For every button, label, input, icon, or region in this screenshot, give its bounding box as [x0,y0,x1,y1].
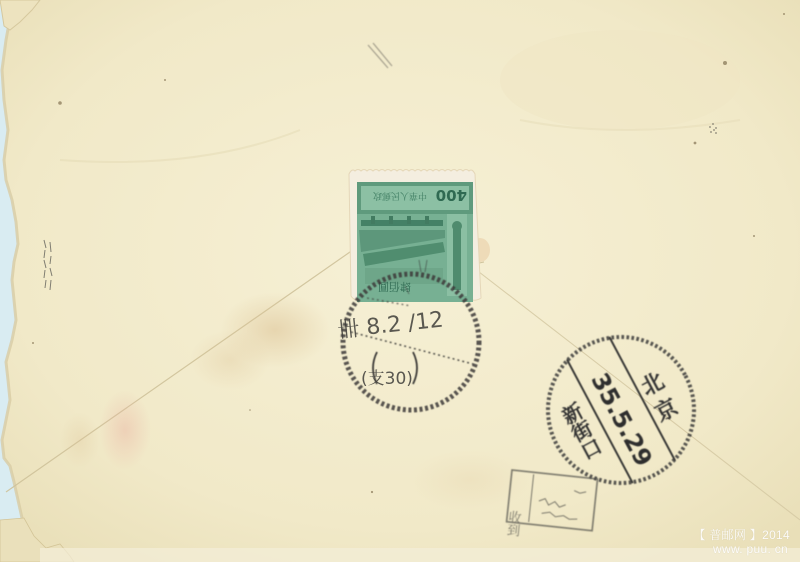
postmark-a-code: (支30) [361,369,413,389]
envelope-illustration: 400 中華人民郵政 肆佰圓 [0,0,800,562]
postage-stamp: 400 中華人民郵政 肆佰圓 [349,170,481,303]
watermark-line-1: 【 普邮网 】2014 [693,528,790,542]
envelope-scan: 400 中華人民郵政 肆佰圓 [0,0,800,562]
stamp-issuer: 中華人民郵政 [373,190,427,202]
website-watermark: 【 普邮网 】2014 www. puu. cn [693,528,790,556]
stamp-denomination: 400 [436,186,467,204]
watermark-line-2: www. puu. cn [693,542,790,556]
